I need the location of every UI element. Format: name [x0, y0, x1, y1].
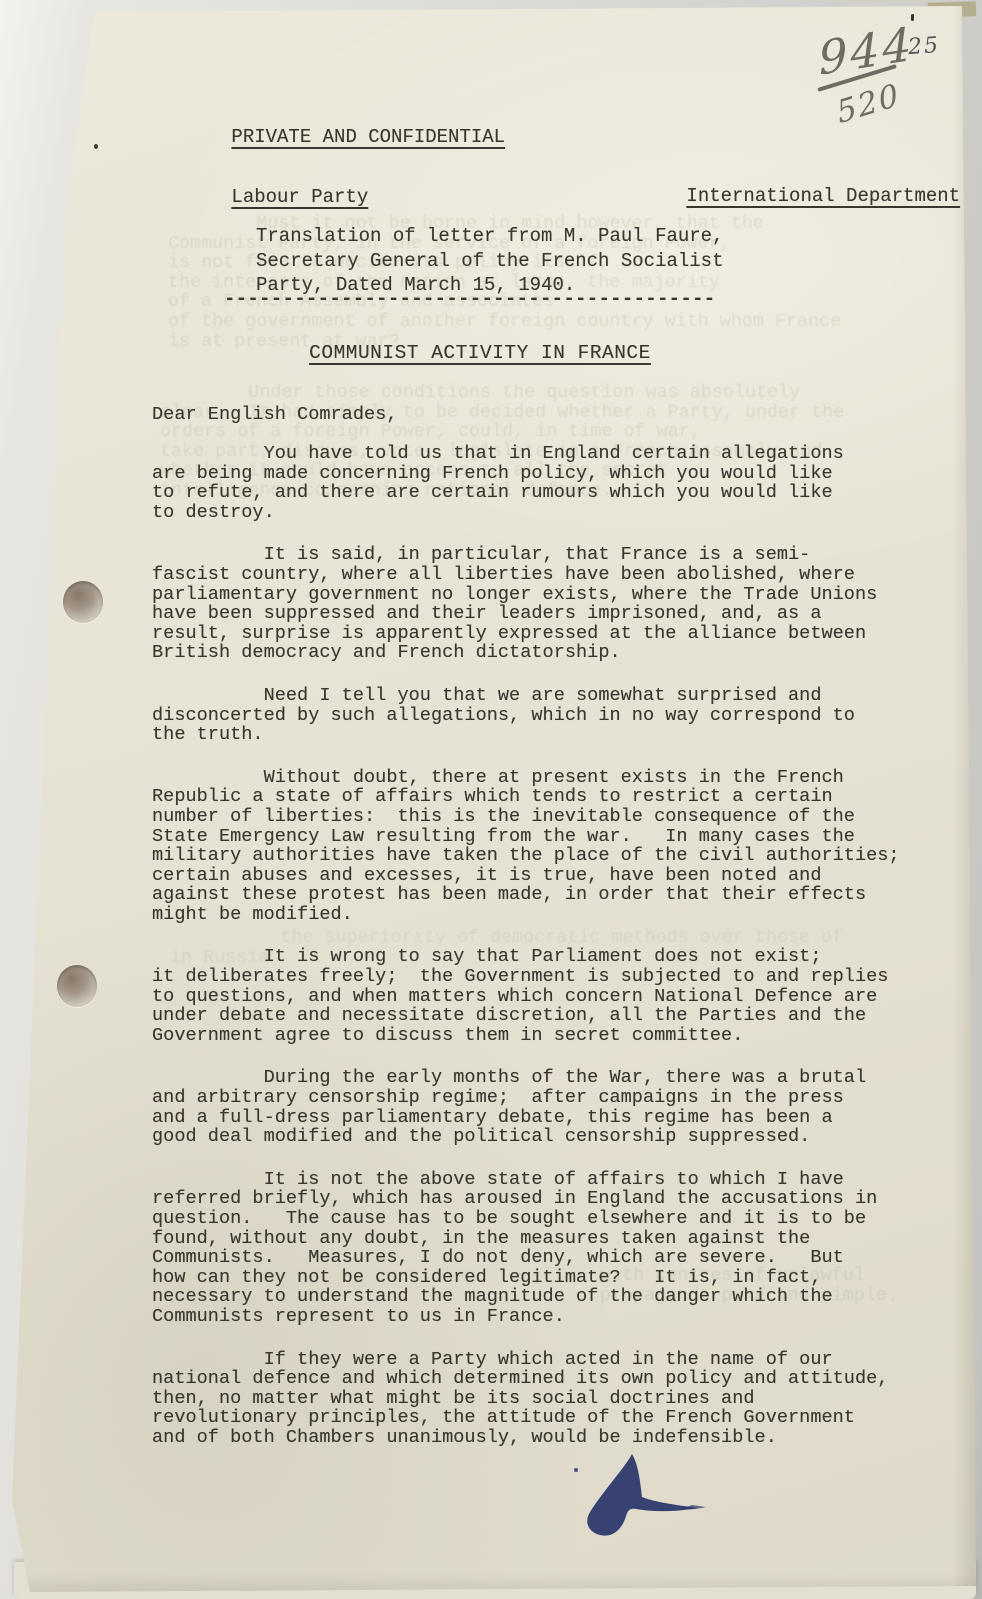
ghost-text-line: orders of a foreign Power, could, in tim…	[160, 422, 844, 442]
paragraph: If they were a Party which acted in the …	[152, 1350, 942, 1448]
ink-blot	[580, 1452, 710, 1542]
ghost-text-line: of the government of another foreign cou…	[168, 312, 841, 332]
scanned-letter-page: Must it not be borne in mind however, th…	[0, 0, 982, 1599]
paragraph: It is wrong to say that Parliament does …	[152, 947, 942, 1045]
paragraph: Without doubt, there at present exists i…	[152, 768, 942, 925]
organization-name: Labour Party	[163, 164, 368, 230]
letter-title-wrap: COMMUNIST ACTIVITY IN FRANCE	[130, 342, 830, 364]
ink-droplet	[574, 1468, 578, 1472]
paper-sheet: Must it not be borne in mind however, th…	[0, 0, 982, 1599]
paper-speck	[94, 144, 98, 149]
punch-hole-top	[63, 581, 103, 623]
paragraph: You have told us that in England certain…	[152, 444, 942, 522]
staple-mark	[52, 40, 60, 90]
paragraph: Need I tell you that we are somewhat sur…	[152, 686, 942, 745]
paragraph: During the early months of the War, ther…	[152, 1068, 942, 1146]
staple-hole-top	[51, 35, 57, 41]
classification-header: PRIVATE AND CONFIDENTIAL	[163, 104, 505, 170]
letter-body: You have told us that in England certain…	[152, 444, 942, 1448]
handwritten-folio-denominator: 520	[834, 77, 903, 132]
paper-edge-shadow	[952, 0, 980, 1599]
department-name: International Department	[618, 163, 960, 229]
translation-reference-block: Translation of letter from M. Paul Faure…	[256, 224, 723, 298]
handwritten-page-number: 25	[907, 33, 941, 60]
paper-speck	[911, 14, 914, 21]
salutation: Dear English Comrades,	[152, 404, 397, 425]
classification-text: PRIVATE AND CONFIDENTIAL	[231, 126, 505, 148]
letter-title: COMMUNIST ACTIVITY IN FRANCE	[309, 342, 651, 364]
corner-fold-crease	[19, 10, 54, 230]
paragraph: It is said, in particular, that France i…	[152, 545, 942, 663]
typed-dashed-divider: ----------------------------------------…	[224, 288, 715, 310]
paragraph: It is not the above state of affairs to …	[152, 1170, 942, 1327]
staple-hole-bottom	[58, 84, 67, 93]
punch-hole-bottom	[57, 965, 97, 1007]
ghost-text-line: Under those conditions the question was …	[160, 383, 844, 403]
